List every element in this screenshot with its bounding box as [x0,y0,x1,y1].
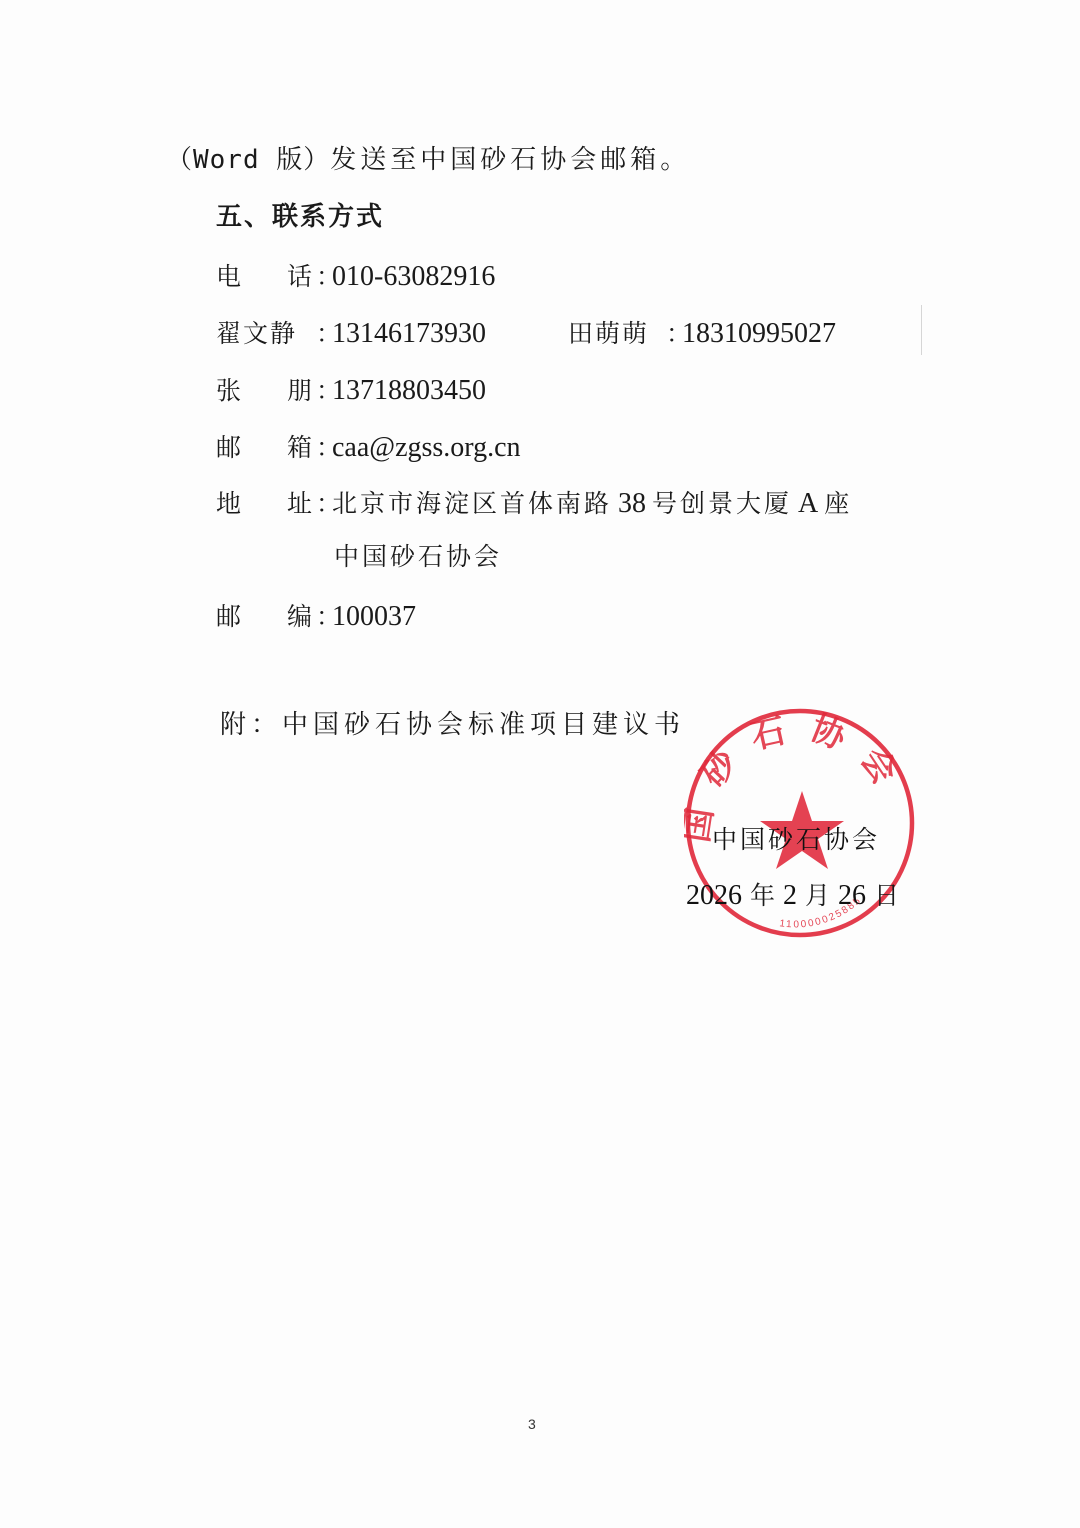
phone-label: 电 话 [216,257,316,293]
label-char: 地 [216,484,241,520]
section-heading: 五、联系方式 [216,201,384,233]
label-char: 编 [287,597,312,633]
attachment-title[interactable]: 中国砂石协会标准项目建议书 [282,710,685,740]
person1-label: 翟文静 [216,314,316,350]
address-line-1: 北京市海淀区首体南路38号创景大厦A座 [332,484,852,520]
document-page: （Word 版）发送至中国砂石协会邮箱。 五、联系方式 电 话 ： 010-63… [0,0,1080,1528]
person3-label: 张 朋 [216,371,316,407]
label-char: 址 [287,484,312,520]
label-char: 朋 [287,371,312,407]
label-char: 话 [287,257,312,293]
contact-row-persons: 翟文静 ： 13146173930 [216,314,486,350]
address-number: 38 [618,488,646,519]
label-char: 张 [216,371,241,407]
contact-row-phone: 电 话 ： 010-63082916 [216,257,495,293]
colon: ： [316,257,332,293]
colon: ： [316,314,332,350]
address-street: 北京市海淀区首体南路 [332,489,612,518]
label-char: 邮 [216,428,241,464]
continuation-line: （Word 版）发送至中国砂石协会邮箱。 [166,144,690,176]
address-building: 号创景大厦 [652,489,792,518]
email-label: 邮 箱 [216,428,316,464]
attachment-label: 附： [220,710,282,740]
contact-row-postcode: 邮 编 ： 100037 [216,597,416,633]
address-seat: 座 [824,489,852,518]
signature-organization: 中国砂石协会 [712,820,880,856]
signature-date: 2026 年 2 月 26 日 [686,876,899,912]
scan-edge-line [921,305,922,355]
date-year: 2026 [686,880,742,912]
colon: ： [316,484,332,520]
contact-row-address: 地 址 ： 北京市海淀区首体南路38号创景大厦A座 [216,484,852,520]
date-day-unit: 日 [874,876,899,912]
date-year-unit: 年 [750,876,775,912]
label-char: 箱 [287,428,312,464]
contact-row-person2: 田萌萌 ： 18310995027 [568,314,836,350]
person1-phone: 13146173930 [332,318,486,350]
address-block: A [798,488,818,519]
word-version-note: （Word 版） [166,145,330,175]
date-day: 26 [838,880,866,912]
person3-phone: 13718803450 [332,375,486,407]
person2-phone: 18310995027 [682,318,836,350]
address-line-2: 中国砂石协会 [334,541,502,573]
continuation-text: 发送至中国砂石协会邮箱。 [330,145,690,175]
address-label: 地 址 [216,484,316,520]
contact-row-email: 邮 箱 ： caa@zgss.org.cn [216,428,521,464]
page-number: 3 [528,1416,536,1432]
phone-value: 010-63082916 [332,261,495,293]
contact-row-person3: 张 朋 ： 13718803450 [216,371,486,407]
date-month-unit: 月 [805,876,830,912]
postcode-value: 100037 [332,601,416,633]
postcode-label: 邮 编 [216,597,316,633]
date-month: 2 [783,880,797,912]
attachment-line: 附：中国砂石协会标准项目建议书 [220,709,685,741]
colon: ： [316,597,332,633]
label-char: 电 [216,257,241,293]
person2-label: 田萌萌 [568,314,666,350]
colon: ： [666,314,682,350]
email-value[interactable]: caa@zgss.org.cn [332,432,521,464]
label-char: 邮 [216,597,241,633]
address-org: 中国砂石协会 [334,542,502,571]
colon: ： [316,428,332,464]
colon: ： [316,371,332,407]
